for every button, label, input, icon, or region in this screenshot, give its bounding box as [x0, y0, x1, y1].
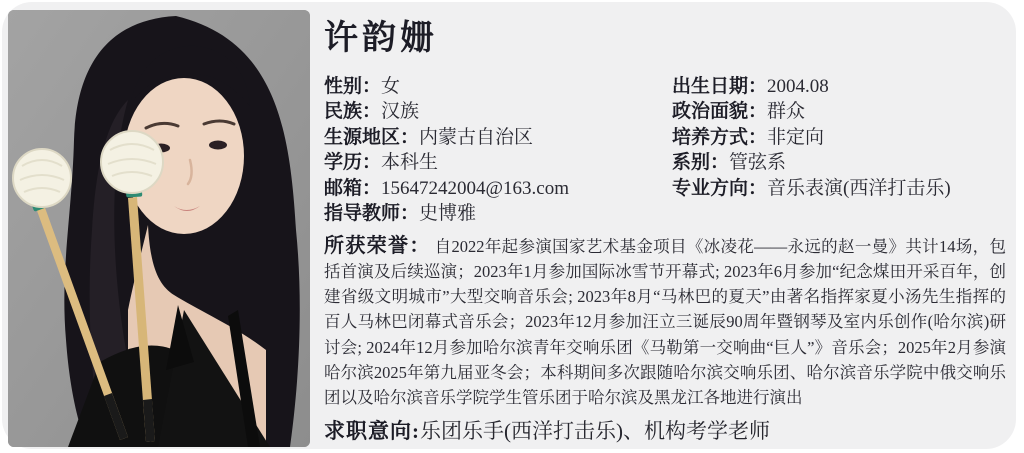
field-value: 管弦系 [729, 152, 786, 173]
field-label: 邮箱： [324, 178, 381, 199]
info-grid: 性别：女 民族：汉族 生源地区：内蒙古自治区 学历：本科生 邮箱：1564724… [324, 74, 1008, 227]
field-value: 女 [381, 76, 400, 97]
field-row-political-status: 政治面貌：群众 [672, 99, 1008, 125]
portrait-photo [8, 10, 310, 447]
resume-content: 许韵姗 性别：女 民族：汉族 生源地区：内蒙古自治区 学历：本科生 [324, 18, 1008, 448]
field-value: 非定向 [767, 127, 824, 148]
field-label: 民族： [324, 101, 381, 122]
candidate-name: 许韵姗 [324, 18, 1008, 61]
email-value: 15647242004@163.com [381, 178, 569, 199]
resume-page: 许韵姗 性别：女 民族：汉族 生源地区：内蒙古自治区 学历：本科生 [0, 0, 1024, 453]
honors-paragraph: 所获荣誉：自2022年起参演国家艺术基金项目《冰凌花——永远的赵一曼》共计14场… [324, 234, 1006, 411]
field-label: 培养方式： [672, 127, 767, 148]
field-value: 内蒙古自治区 [419, 127, 533, 148]
field-label: 政治面貌： [672, 101, 767, 122]
field-row-training-mode: 培养方式：非定向 [672, 125, 1008, 151]
field-value: 群众 [767, 101, 805, 122]
field-row-birthdate: 出生日期：2004.08 [672, 74, 1008, 100]
field-row-gender: 性别：女 [324, 74, 670, 100]
honors-label: 所获荣誉： [324, 235, 431, 257]
field-value: 2004.08 [767, 76, 829, 97]
field-label: 性别： [324, 76, 381, 97]
honors-text: 自2022年起参演国家艺术基金项目《冰凌花——永远的赵一曼》共计14场，包括首演… [324, 237, 1006, 408]
info-column-left: 性别：女 民族：汉族 生源地区：内蒙古自治区 学历：本科生 邮箱：1564724… [324, 74, 670, 227]
field-label: 学历： [324, 152, 381, 173]
field-label: 指导教师： [324, 203, 419, 224]
field-row-advisor: 指导教师：史博雅 [324, 201, 670, 227]
info-column-right: 出生日期：2004.08 政治面貌：群众 培养方式：非定向 系别：管弦系 专业方… [672, 74, 1008, 202]
field-label: 专业方向： [672, 178, 767, 199]
resume-card: 许韵姗 性别：女 民族：汉族 生源地区：内蒙古自治区 学历：本科生 [2, 2, 1016, 449]
field-value: 本科生 [381, 152, 438, 173]
field-value: 音乐表演(西洋打击乐) [767, 178, 951, 199]
field-row-origin-region: 生源地区：内蒙古自治区 [324, 125, 670, 151]
field-row-education: 学历：本科生 [324, 150, 670, 176]
field-row-major: 专业方向：音乐表演(西洋打击乐) [672, 176, 1008, 202]
job-intention-value: 乐团乐手(西洋打击乐)、机构考学老师 [420, 419, 770, 443]
field-value: 汉族 [381, 101, 419, 122]
field-row-email: 邮箱：15647242004@163.com [324, 176, 670, 202]
field-label: 生源地区： [324, 127, 419, 148]
field-value: 史博雅 [419, 203, 476, 224]
field-label: 系别： [672, 152, 729, 173]
field-label: 出生日期： [672, 76, 767, 97]
portrait-illustration [8, 10, 310, 447]
field-row-department: 系别：管弦系 [672, 150, 1008, 176]
field-row-ethnicity: 民族：汉族 [324, 99, 670, 125]
job-intention-label: 求职意向: [324, 419, 420, 443]
job-intention-row: 求职意向:乐团乐手(西洋打击乐)、机构考学老师 [324, 417, 1008, 445]
